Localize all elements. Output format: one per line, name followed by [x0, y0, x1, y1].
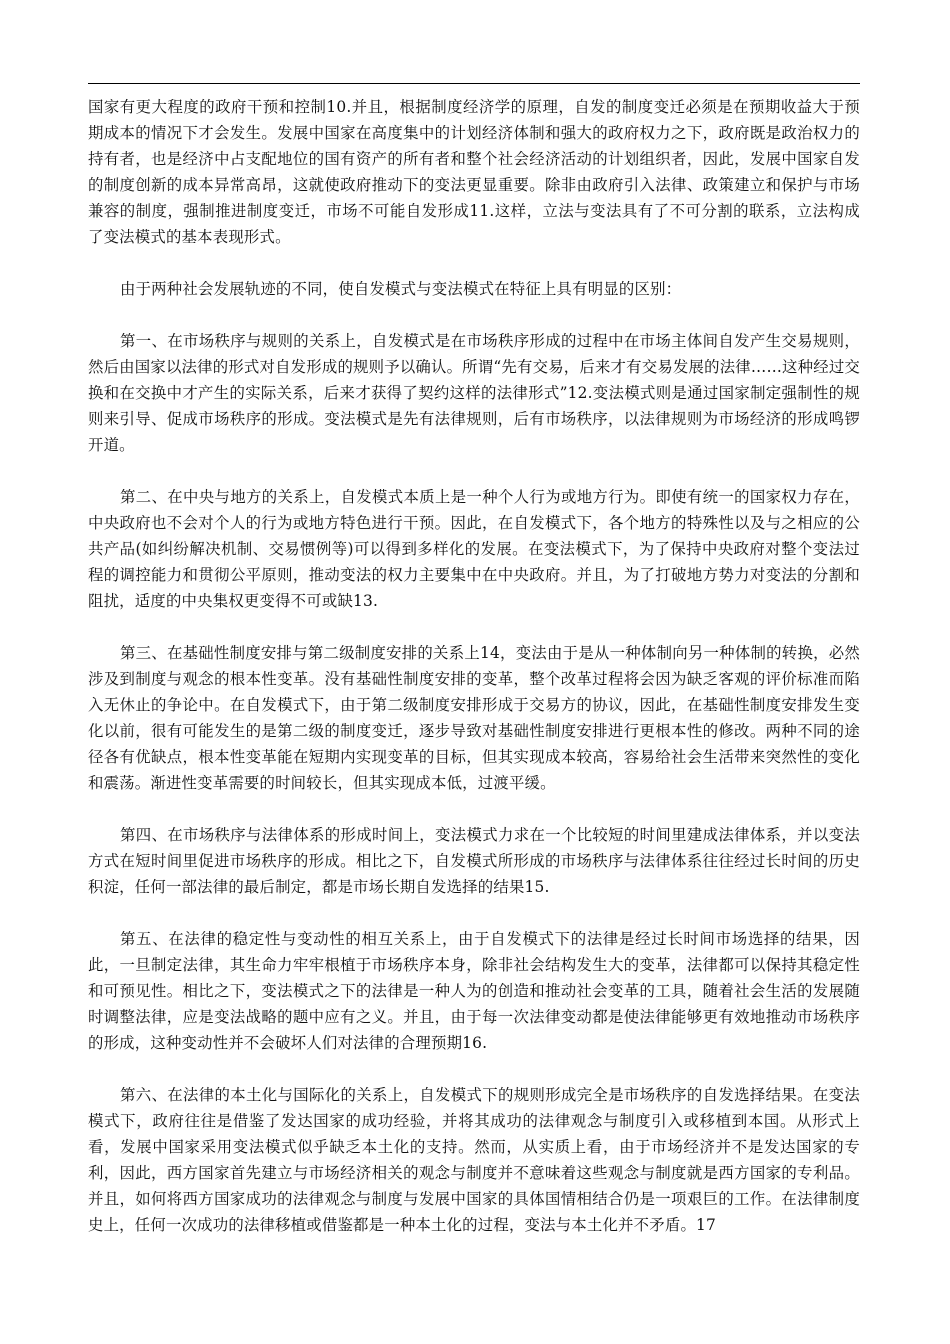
paragraph-point-4: 第四、在市场秩序与法律体系的形成时间上，变法模式力求在一个比较短的时间里建成法律…	[88, 822, 860, 900]
header-divider	[88, 83, 860, 84]
paragraph-continuation: 国家有更大程度的政府干预和控制10.并且，根据制度经济学的原理，自发的制度变迁必…	[88, 94, 860, 250]
paragraph-point-6: 第六、在法律的本土化与国际化的关系上，自发模式下的规则形成完全是市场秩序的自发选…	[88, 1082, 860, 1238]
paragraph-point-1: 第一、在市场秩序与规则的关系上，自发模式是在市场秩序形成的过程中在市场主体间自发…	[88, 328, 860, 458]
paragraph-point-5: 第五、在法律的稳定性与变动性的相互关系上，由于自发模式下的法律是经过长时间市场选…	[88, 926, 860, 1056]
document-body: 国家有更大程度的政府干预和控制10.并且，根据制度经济学的原理，自发的制度变迁必…	[88, 94, 860, 1264]
paragraph-intro-distinctions: 由于两种社会发展轨迹的不同，使自发模式与变法模式在特征上具有明显的区别：	[88, 276, 860, 302]
paragraph-point-3: 第三、在基础性制度安排与第二级制度安排的关系上14，变法由于是从一种体制向另一种…	[88, 640, 860, 796]
paragraph-point-2: 第二、在中央与地方的关系上，自发模式本质上是一种个人行为或地方行为。即使有统一的…	[88, 484, 860, 614]
